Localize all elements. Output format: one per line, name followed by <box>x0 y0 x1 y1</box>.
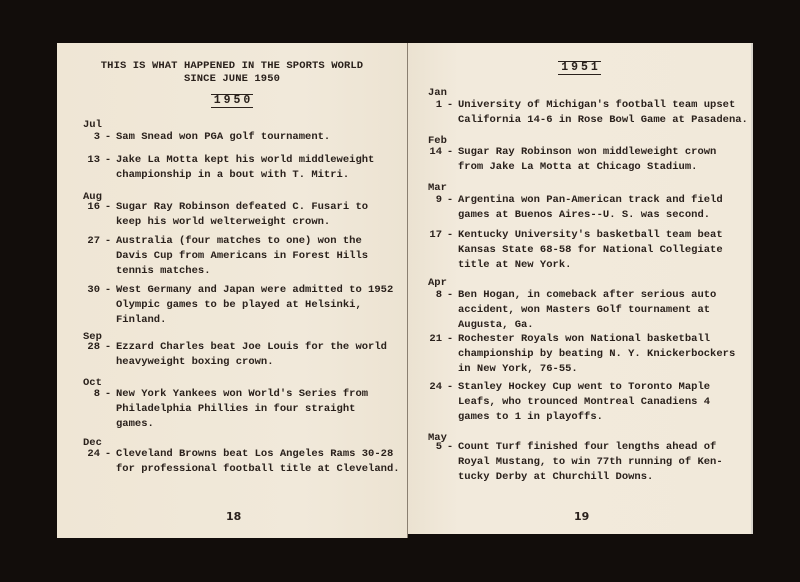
event-entry: 21-Rochester Royals won National basketb… <box>416 332 735 377</box>
year-heading-1951: 1951 <box>408 61 751 75</box>
heading-line-1: THIS IS WHAT HAPPENED IN THE SPORTS WORL… <box>57 60 407 73</box>
heading-line-2: SINCE JUNE 1950 <box>57 73 407 86</box>
right-page: 1951 Jan 1-University of Michigan's foot… <box>408 43 753 534</box>
event-entry: 24-Cleveland Browns beat Los Angeles Ram… <box>74 447 400 477</box>
event-entry: 5-Count Turf finished four lengths ahead… <box>416 440 723 485</box>
event-entry: 14-Sugar Ray Robinson won middleweight c… <box>416 145 716 175</box>
event-entry: 1-University of Michigan's football team… <box>416 98 748 128</box>
event-entry: 8-New York Yankees won World's Series fr… <box>74 387 368 432</box>
event-entry: 9-Argentina won Pan-American track and f… <box>416 193 723 223</box>
page-number: 18 <box>226 510 241 523</box>
page-number: 19 <box>574 510 589 523</box>
event-entry: 13-Jake La Motta kept his world middlewe… <box>74 153 374 183</box>
event-entry: 16-Sugar Ray Robinson defeated C. Fusari… <box>74 200 368 230</box>
event-entry: 3-Sam Snead won PGA golf tournament. <box>74 130 330 145</box>
left-page: THIS IS WHAT HAPPENED IN THE SPORTS WORL… <box>57 43 408 538</box>
year-heading-1950: 1950 <box>57 94 407 108</box>
event-entry: 17-Kentucky University's basketball team… <box>416 228 723 273</box>
event-entry: 8-Ben Hogan, in comeback after serious a… <box>416 288 716 333</box>
event-entry: 28-Ezzard Charles beat Joe Louis for the… <box>74 340 387 370</box>
event-entry: 24-Stanley Hockey Cup went to Toronto Ma… <box>416 380 710 425</box>
event-entry: 30-West Germany and Japan were admitted … <box>74 283 393 328</box>
page-heading: THIS IS WHAT HAPPENED IN THE SPORTS WORL… <box>57 60 407 86</box>
event-entry: 27-Australia (four matches to one) won t… <box>74 234 368 279</box>
